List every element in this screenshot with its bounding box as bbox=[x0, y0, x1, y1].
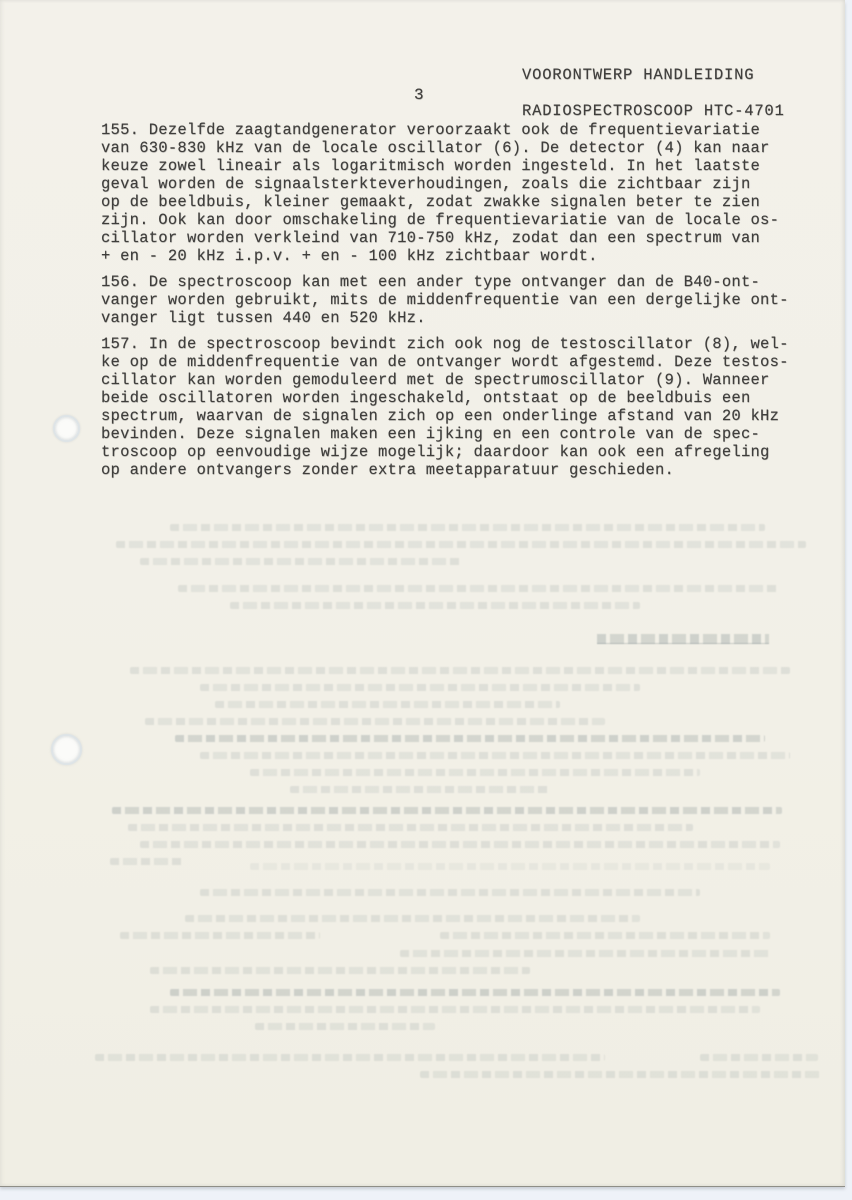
header-title-line2: RADIOSPECTROSCOOP HTC-4701 bbox=[522, 102, 785, 120]
paragraph-157: 157. In de spectroscoop bevindt zich ook… bbox=[101, 335, 781, 479]
ghost-text-line bbox=[200, 684, 640, 691]
ghost-text-line bbox=[145, 718, 605, 725]
scanned-document-screenshot: { "document": { "header": { "line1": "VO… bbox=[0, 0, 852, 1200]
hole-punch-bottom bbox=[51, 734, 82, 765]
ghost-text-line bbox=[215, 701, 560, 708]
ghost-text-line bbox=[400, 950, 770, 957]
ghost-text-line bbox=[116, 541, 806, 548]
ghost-text-line bbox=[170, 989, 780, 996]
paper-page: VOORONTWERP HANDLEIDING RADIOSPECTROSCOO… bbox=[0, 0, 845, 1186]
ghost-text-line bbox=[250, 863, 770, 870]
ghost-text-line bbox=[130, 667, 790, 674]
ghost-text-line bbox=[250, 769, 700, 776]
ghost-text-line bbox=[150, 967, 530, 974]
ghost-text-line bbox=[128, 824, 693, 831]
page-number: 3 bbox=[414, 86, 424, 104]
ghost-text-line bbox=[95, 1054, 605, 1061]
ghost-text-line bbox=[178, 585, 778, 592]
hole-punch-top bbox=[53, 415, 80, 442]
paragraph-156: 156. De spectroscoop kan met een ander t… bbox=[101, 273, 781, 327]
ghost-text-line bbox=[200, 752, 790, 759]
ghost-text-line bbox=[255, 1023, 435, 1030]
ghost-text-line bbox=[110, 858, 185, 865]
ghost-text-line bbox=[140, 841, 780, 848]
ghost-text-line bbox=[140, 558, 460, 565]
ghost-text-line bbox=[120, 932, 320, 939]
ghost-text-line bbox=[175, 735, 765, 742]
ghost-heading-line bbox=[597, 634, 769, 644]
ghost-text-line bbox=[185, 915, 640, 922]
ghost-text-line bbox=[150, 1006, 760, 1013]
paragraph-155: 155. Dezelfde zaagtandgenerator veroorza… bbox=[101, 121, 781, 265]
ghost-text-line bbox=[230, 602, 640, 609]
ghost-text-line bbox=[700, 1054, 818, 1061]
ghost-text-line bbox=[420, 1071, 820, 1078]
ghost-text-line bbox=[170, 524, 765, 531]
ghost-text-line bbox=[440, 932, 770, 939]
header-title-line1: VOORONTWERP HANDLEIDING bbox=[522, 66, 754, 84]
ghost-text-line bbox=[290, 786, 550, 793]
ghost-text-line bbox=[200, 889, 700, 896]
ghost-text-line bbox=[112, 807, 782, 814]
page-header: VOORONTWERP HANDLEIDING RADIOSPECTROSCOO… bbox=[522, 66, 785, 120]
document-body: 155. Dezelfde zaagtandgenerator veroorza… bbox=[101, 121, 781, 487]
